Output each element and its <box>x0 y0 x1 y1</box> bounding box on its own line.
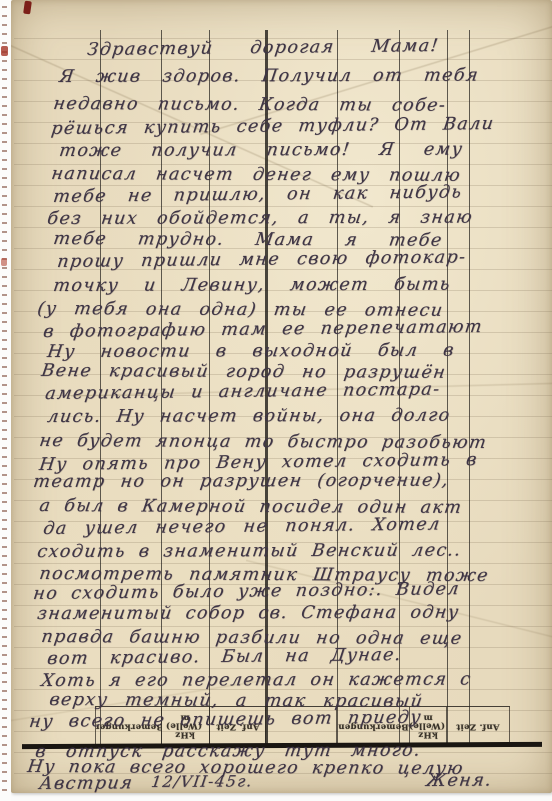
printed-form-cell: Bemerkungen <box>95 707 162 745</box>
paper-crease <box>200 7 552 136</box>
printed-form-cell: kHz (Welle) m <box>410 707 447 745</box>
printed-form-cell-label: kHz (Welle) m <box>168 713 202 739</box>
form-column-line <box>447 30 448 747</box>
red-ink-mark <box>1 258 7 266</box>
red-ink-mark <box>1 46 8 56</box>
scanned-letter: BemerkungenkHz (Welle) mAnf. ZeitBemerku… <box>0 0 552 801</box>
form-column-line <box>100 30 101 747</box>
paper-crease <box>71 381 552 397</box>
printed-form-cell-label: Bemerkungen <box>338 722 409 731</box>
printed-form-cell: Anf. Zeit <box>210 707 266 745</box>
form-column-line <box>209 30 210 747</box>
printed-form-row: BemerkungenkHz (Welle) mAnf. ZeitBemerku… <box>95 706 510 745</box>
form-column-line <box>161 30 162 747</box>
form-column-line <box>265 30 268 747</box>
printed-form-cell-label: Anf. Zeit <box>456 722 500 731</box>
printed-form-cell: Bemerkungen <box>337 707 410 745</box>
letter-paper <box>11 0 552 793</box>
printed-form-cell-label: kHz (Welle) m <box>411 713 445 739</box>
form-column-line <box>399 30 400 747</box>
perforation-marks <box>2 6 7 792</box>
form-column-line <box>469 30 470 747</box>
printed-form-cell <box>266 707 338 745</box>
printed-form-cell-label: Anf. Zeit <box>216 722 260 731</box>
printed-form-cell: Anf. Zeit <box>447 707 510 745</box>
paper-crease <box>0 35 373 209</box>
printed-form-cell-label: Bemerkungen <box>95 722 162 731</box>
form-column-line <box>337 30 338 747</box>
printed-form-cell: kHz (Welle) m <box>162 707 210 745</box>
perforated-edge <box>0 0 11 801</box>
